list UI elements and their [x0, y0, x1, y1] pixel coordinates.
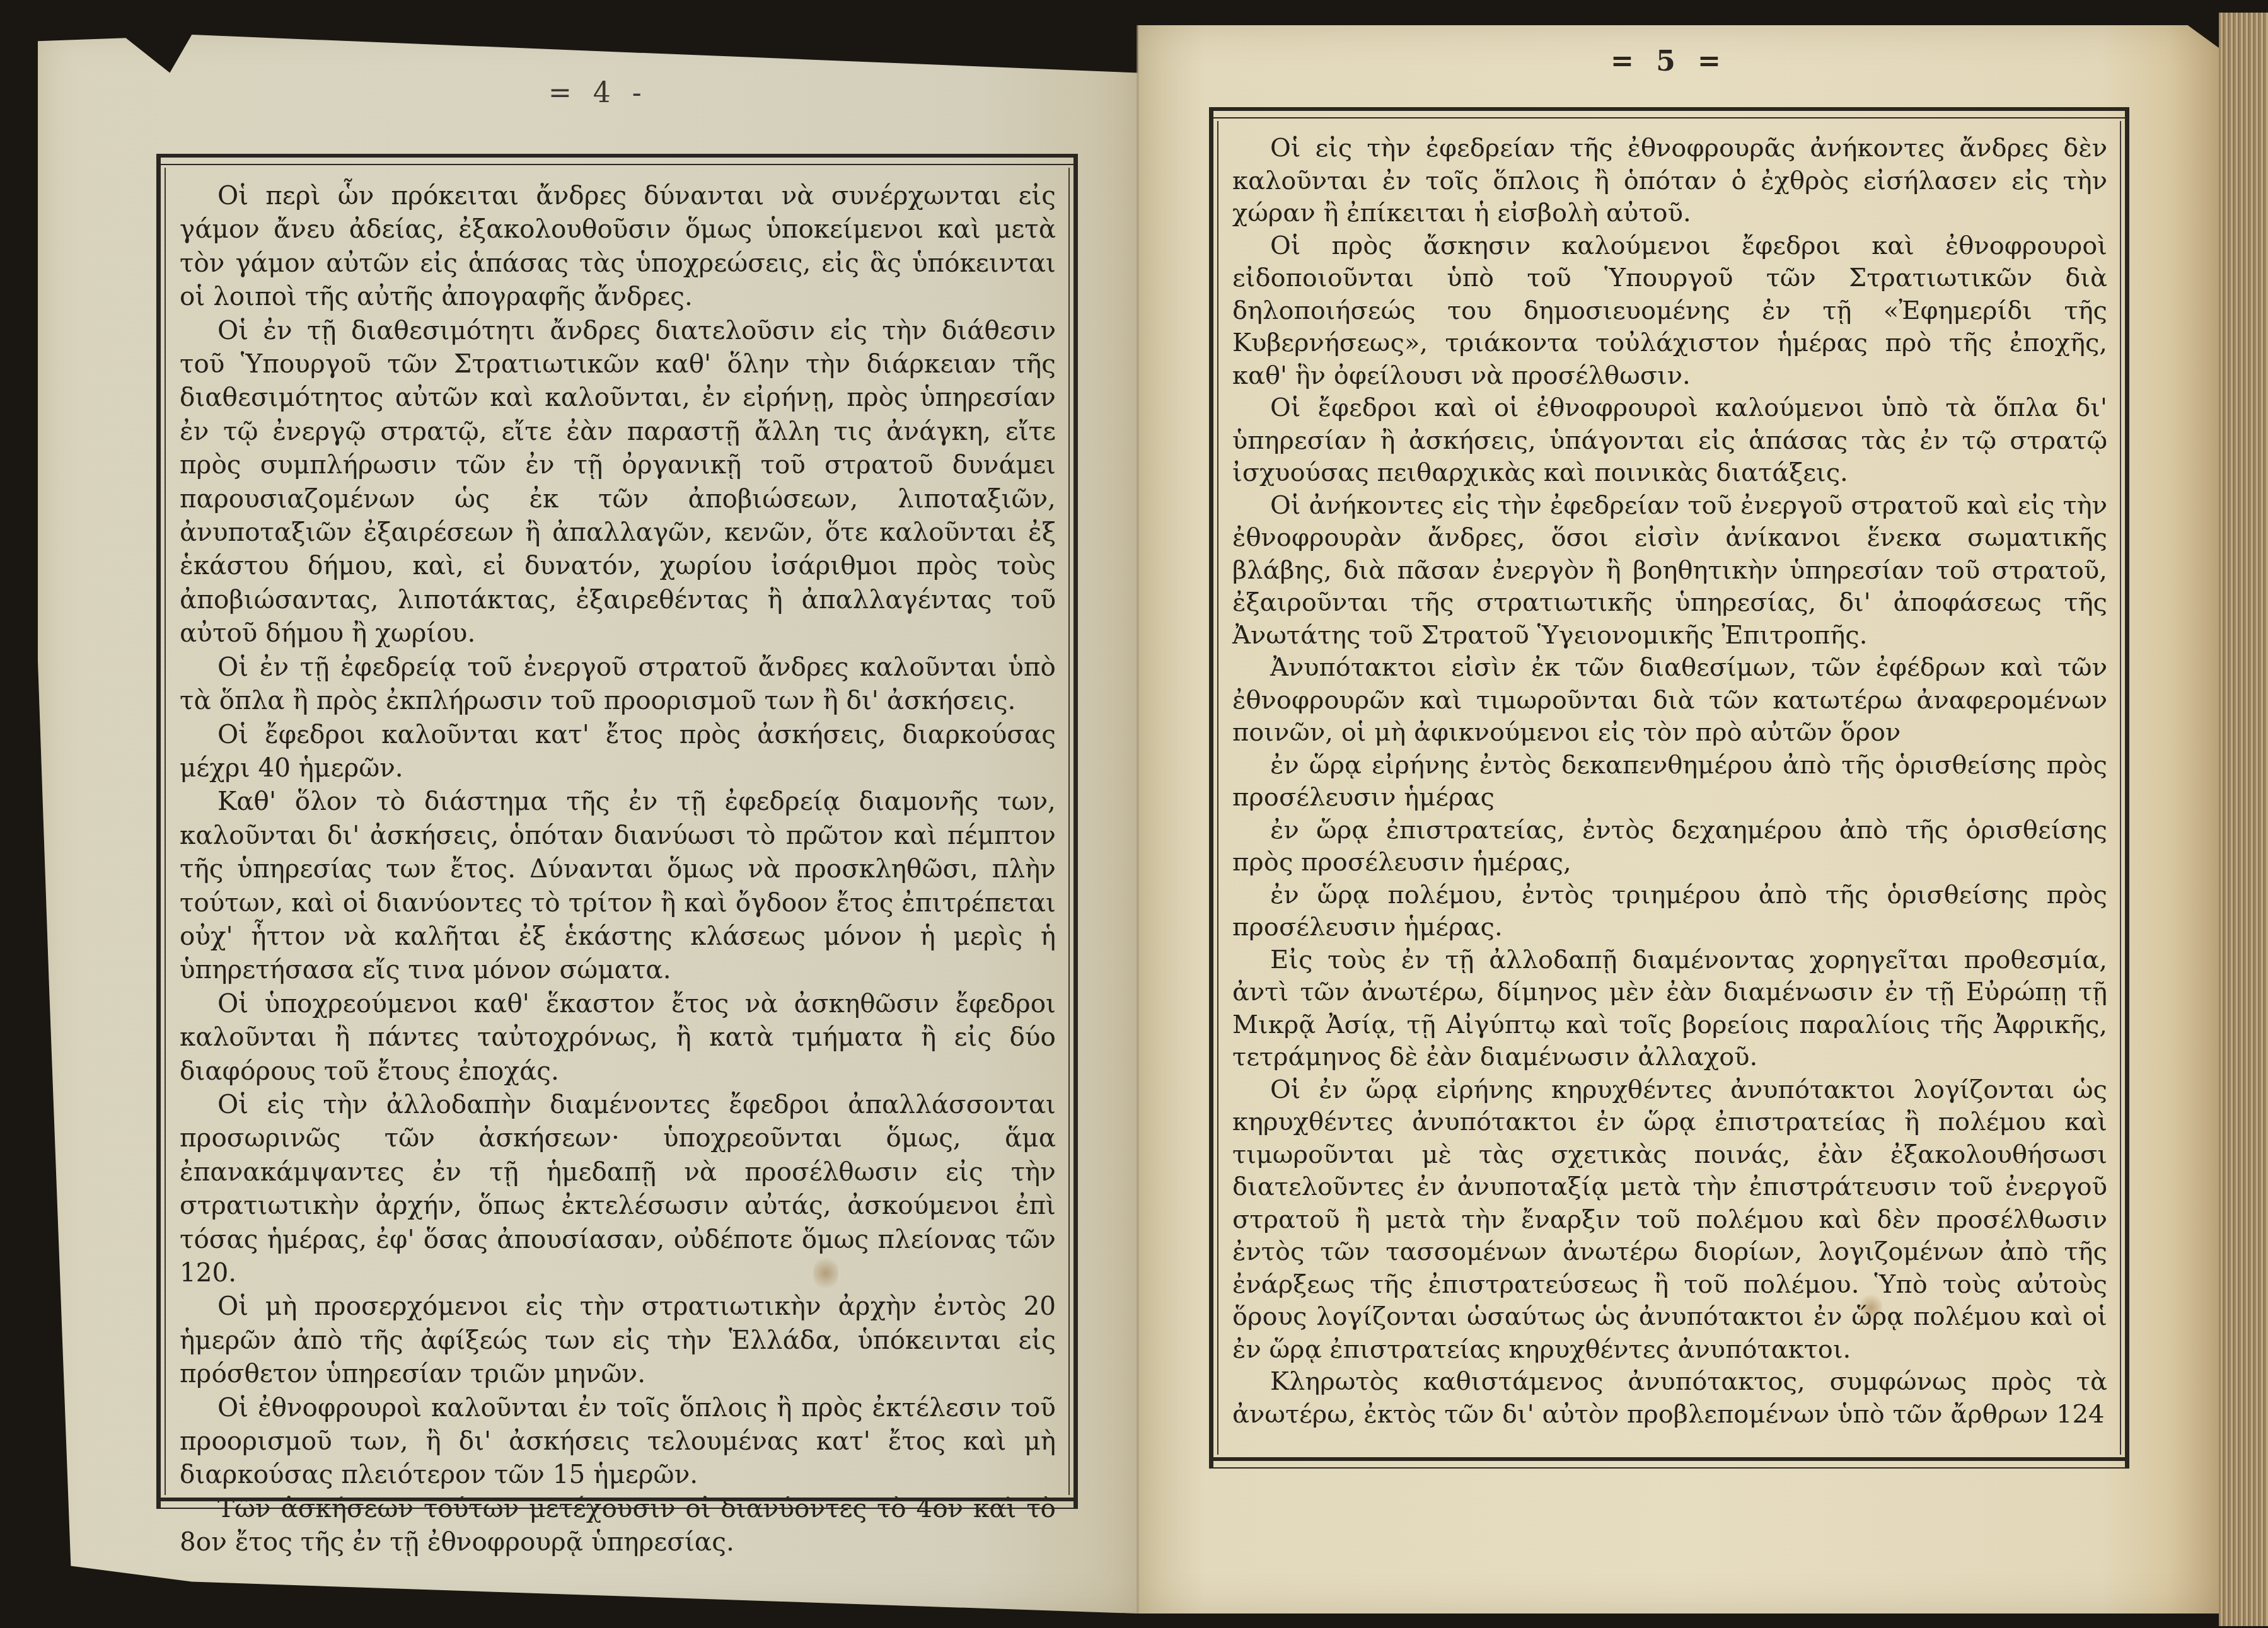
paragraph: Οἱ ἐν τῇ διαθεσιμότητι ἄνδρες διατελοῦσι…	[180, 314, 1056, 650]
paragraph: Οἱ ἔφεδροι καὶ οἱ ἐθνοφρουροὶ καλούμενοι…	[1232, 392, 2107, 490]
paragraph: ἐν ὥρᾳ πολέμου, ἐντὸς τριημέρου ἀπὸ τῆς …	[1232, 879, 2107, 944]
paragraph: Οἱ εἰς τὴν ἐφεδρείαν τῆς ἐθνοφρουρᾶς ἀνή…	[1232, 132, 2107, 230]
frame-rule	[2120, 121, 2121, 1455]
paragraph: Οἱ ἐθνοφρουροὶ καλοῦνται ἐν τοῖς ὅπλοις …	[180, 1391, 1056, 1492]
right-text-column: Οἱ εἰς τὴν ἐφεδρείαν τῆς ἐθνοφρουρᾶς ἀνή…	[1232, 132, 2107, 1431]
paragraph: Οἱ πρὸς ἄσκησιν καλούμενοι ἔφεδροι καὶ ἐ…	[1232, 230, 2107, 393]
book-gutter	[1137, 25, 1139, 1614]
paragraph: Οἱ μὴ προσερχόμενοι εἰς τὴν στρατιωτικὴν…	[180, 1290, 1056, 1390]
paragraph: Οἱ ἐν τῇ ἐφεδρείᾳ τοῦ ἐνεργοῦ στρατοῦ ἄν…	[180, 650, 1056, 718]
paragraph: ἐν ὥρᾳ ἐπιστρατείας, ἐντὸς δεχαημέρου ἀπ…	[1232, 814, 2107, 879]
right-text-frame: Οἱ εἰς τὴν ἐφεδρείαν τῆς ἐθνοφρουρᾶς ἀνή…	[1209, 107, 2129, 1469]
paragraph: Οἱ εἰς τὴν ἀλλοδαπὴν διαμένοντες ἔφεδροι…	[180, 1088, 1056, 1290]
frame-rule	[165, 168, 166, 1495]
page-number-right: = 5 =	[1611, 45, 1727, 78]
paragraph: Οἱ ἀνήκοντες εἰς τὴν ἐφεδρείαν τοῦ ἐνεργ…	[1232, 490, 2107, 652]
paragraph: Οἱ ἔφεδροι καλοῦνται κατ' ἔτος πρὸς ἀσκή…	[180, 718, 1056, 785]
paragraph: Καθ' ὅλον τὸ διάστημα τῆς ἐν τῇ ἐφεδρείᾳ…	[180, 785, 1056, 986]
paragraph: Οἱ ἐν ὥρᾳ εἰρήνης κηρυχθέντες ἀνυπότακτο…	[1232, 1074, 2107, 1366]
paragraph: Ἀνυπότακτοι εἰσὶν ἐκ τῶν διαθεσίμων, τῶν…	[1232, 652, 2107, 749]
paragraph: Τῶν ἀσκήσεων τούτων μετέχουσιν οἱ διανύο…	[180, 1492, 1056, 1559]
page-edges	[2219, 13, 2268, 1626]
paragraph: Οἱ περὶ ὧν πρόκειται ἄνδρες δύνανται νὰ …	[180, 179, 1056, 314]
page-number-left: = 4 -	[548, 77, 648, 109]
frame-rule	[1217, 121, 1218, 1455]
paragraph: Εἰς τοὺς ἐν τῇ ἀλλοδαπῇ διαμένοντας χορη…	[1232, 944, 2107, 1074]
left-text-frame: Οἱ περὶ ὧν πρόκειται ἄνδρες δύνανται νὰ …	[156, 154, 1078, 1509]
left-text-column: Οἱ περὶ ὧν πρόκειται ἄνδρες δύνανται νὰ …	[180, 179, 1056, 1559]
paragraph: Κληρωτὸς καθιστάμενος ἀνυπότακτος, συμφώ…	[1232, 1366, 2107, 1431]
frame-rule	[1068, 168, 1070, 1495]
paragraph: Οἱ ὑποχρεούμενοι καθ' ἕκαστον ἔτος νὰ ἀσ…	[180, 987, 1056, 1088]
paragraph: ἐν ὥρᾳ εἰρήνης ἐντὸς δεκαπενθημέρου ἀπὸ …	[1232, 749, 2107, 814]
